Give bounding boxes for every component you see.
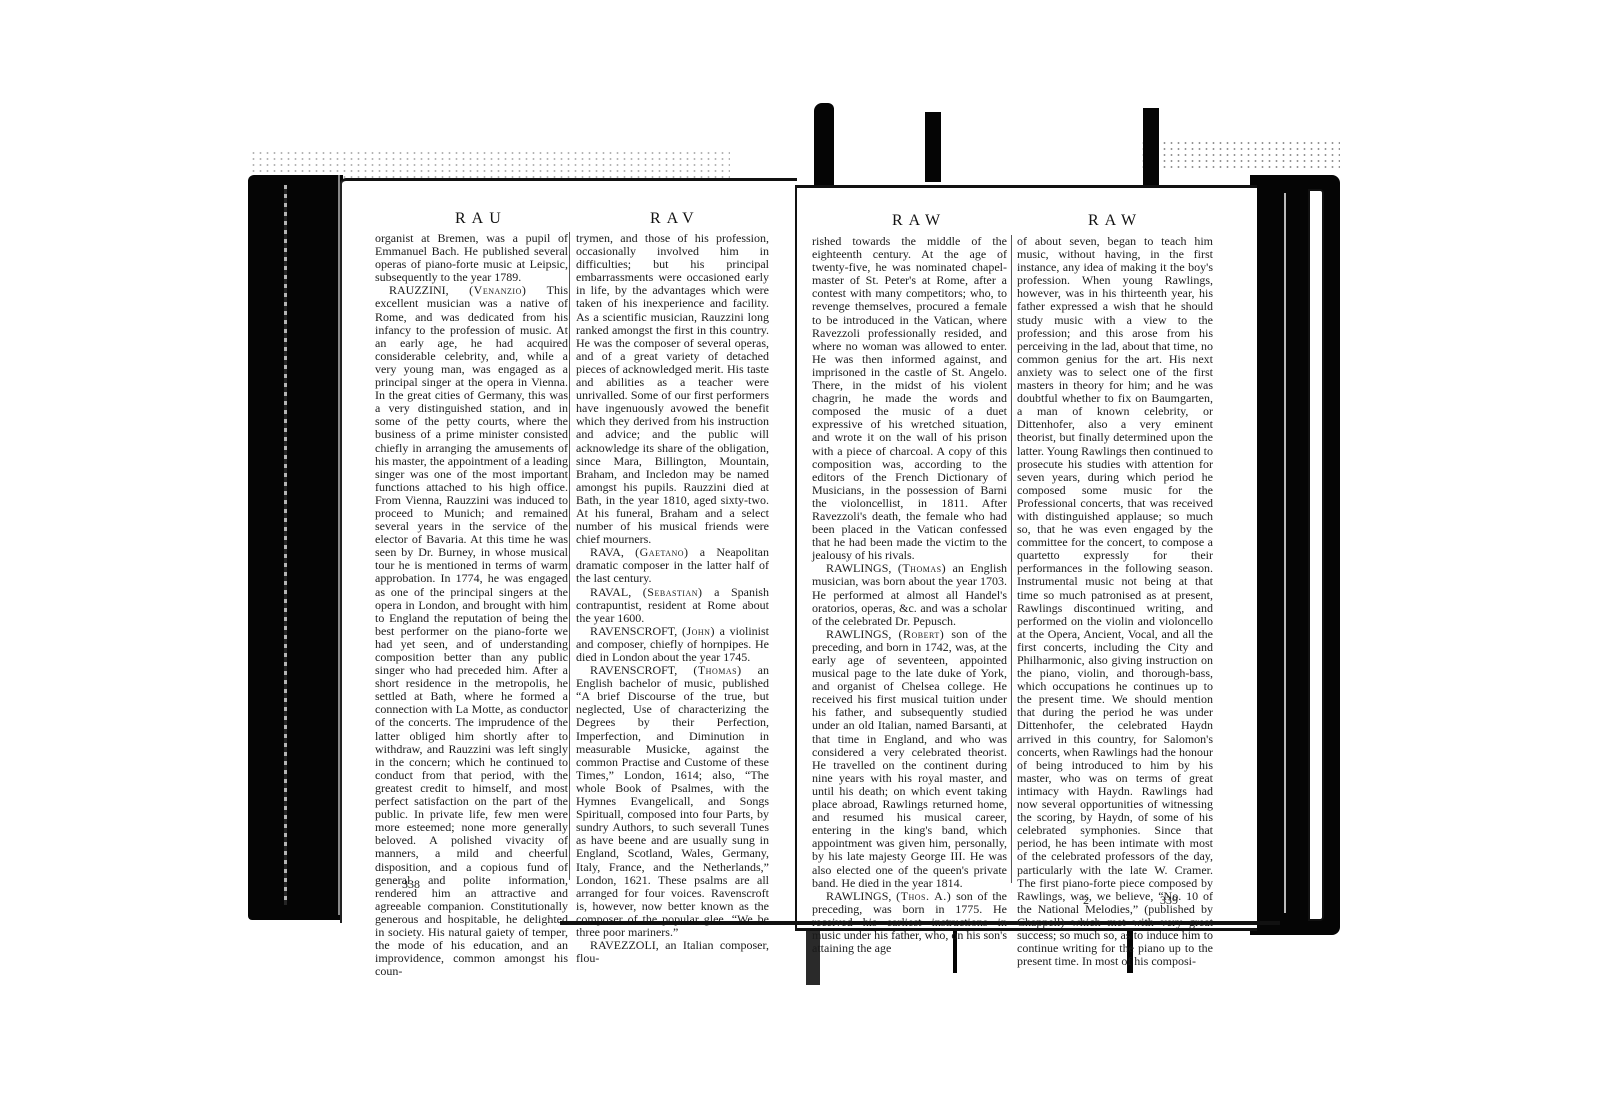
entry-given-name: (Robert) [899,627,945,641]
entry-headword: RAWLINGS, [826,889,896,903]
entry-given-name: (Venanzio) [469,283,526,297]
entry-continuation: of about seven, began to teach him music… [1017,235,1213,968]
entry-headword: RAVENSCROFT, [590,663,693,677]
dictionary-entry: RAVENSCROFT, (Thomas) an English bachelo… [576,664,769,939]
running-head-right-col1: RAW [892,212,946,230]
column-rule [1011,235,1012,883]
entry-headword: RAVAL, [590,585,643,599]
entry-text: of about seven, began to teach him music… [1017,234,1213,968]
entry-headword: RAWLINGS, [826,627,899,641]
entry-given-name: (Thomas) [693,663,741,677]
entry-given-name: (Thos. A.) [896,889,951,903]
dictionary-entry: RAVEZZOLI, an Italian composer, flou- [576,939,769,965]
entry-headword: RAVENSCROFT, [590,624,682,638]
entry-given-name: (Gaetano) [635,545,688,559]
page-edge-line [1284,193,1286,913]
dictionary-entry: RAWLINGS, (Thomas) an English musician, … [812,562,1007,627]
entry-headword: RAUZZINI, [389,283,469,297]
running-head-left-col1: RAU [455,210,507,228]
entry-continuation: organist at Bremen, was a pupil of Emman… [375,232,568,284]
page-number-left: 338 [402,877,420,892]
dictionary-entry: RAVAL, (Sebastian) a Spanish contrapunti… [576,586,769,625]
page-edge-leaf [1308,189,1324,921]
running-head-right-col2: RAW [1088,212,1142,230]
binding-tab [814,103,834,185]
dictionary-entry: RAWLINGS, (Robert) son of the preceding,… [812,628,1007,890]
entry-continuation: rished towards the middle of the eightee… [812,235,1007,562]
binding-tab [1143,108,1159,186]
entry-text: trymen, and those of his profession, occ… [576,231,769,546]
entry-text: an English bachelor of music, published … [576,663,769,939]
entry-text: organist at Bremen, was a pupil of Emman… [375,231,568,284]
entry-continuation: trymen, and those of his profession, occ… [576,232,769,546]
running-head-left-col2: RAV [650,210,700,228]
entry-given-name: (John) [682,624,715,638]
entry-text: son of the preceding, and born in 1742, … [812,627,1007,890]
column-rule [569,232,570,880]
signature-mark: 2 [1083,893,1089,908]
entry-headword: RAVEZZOLI, [590,938,665,952]
dictionary-entry: RAUZZINI, (Venanzio) This excellent musi… [375,284,568,978]
entry-headword: RAVA, [590,545,635,559]
text-column: trymen, and those of his profession, occ… [576,232,769,965]
binding-tab [925,112,941,182]
book-page-stack-right [1250,175,1340,935]
dictionary-entry: RAWLINGS, (Thos. A.) son of the precedin… [812,890,1007,955]
dictionary-entry: RAVA, (Gaetano) a Neapolitan dramatic co… [576,546,769,585]
book-page-stack-left [248,175,343,920]
entry-headword: RAWLINGS, [826,561,898,575]
text-column: of about seven, began to teach him music… [1017,235,1213,968]
entry-text: This excellent musician was a native of … [375,283,568,978]
page-number-right: 339 [1160,893,1178,908]
entry-text: rished towards the middle of the eightee… [812,234,1007,562]
entry-given-name: (Sebastian) [643,585,703,599]
dictionary-entry: RAVENSCROFT, (John) a violinist and comp… [576,625,769,664]
scan-noise-top-right [1140,140,1340,170]
text-column: organist at Bremen, was a pupil of Emman… [375,232,568,978]
entry-given-name: (Thomas) [898,561,946,575]
text-column: rished towards the middle of the eightee… [812,235,1007,955]
